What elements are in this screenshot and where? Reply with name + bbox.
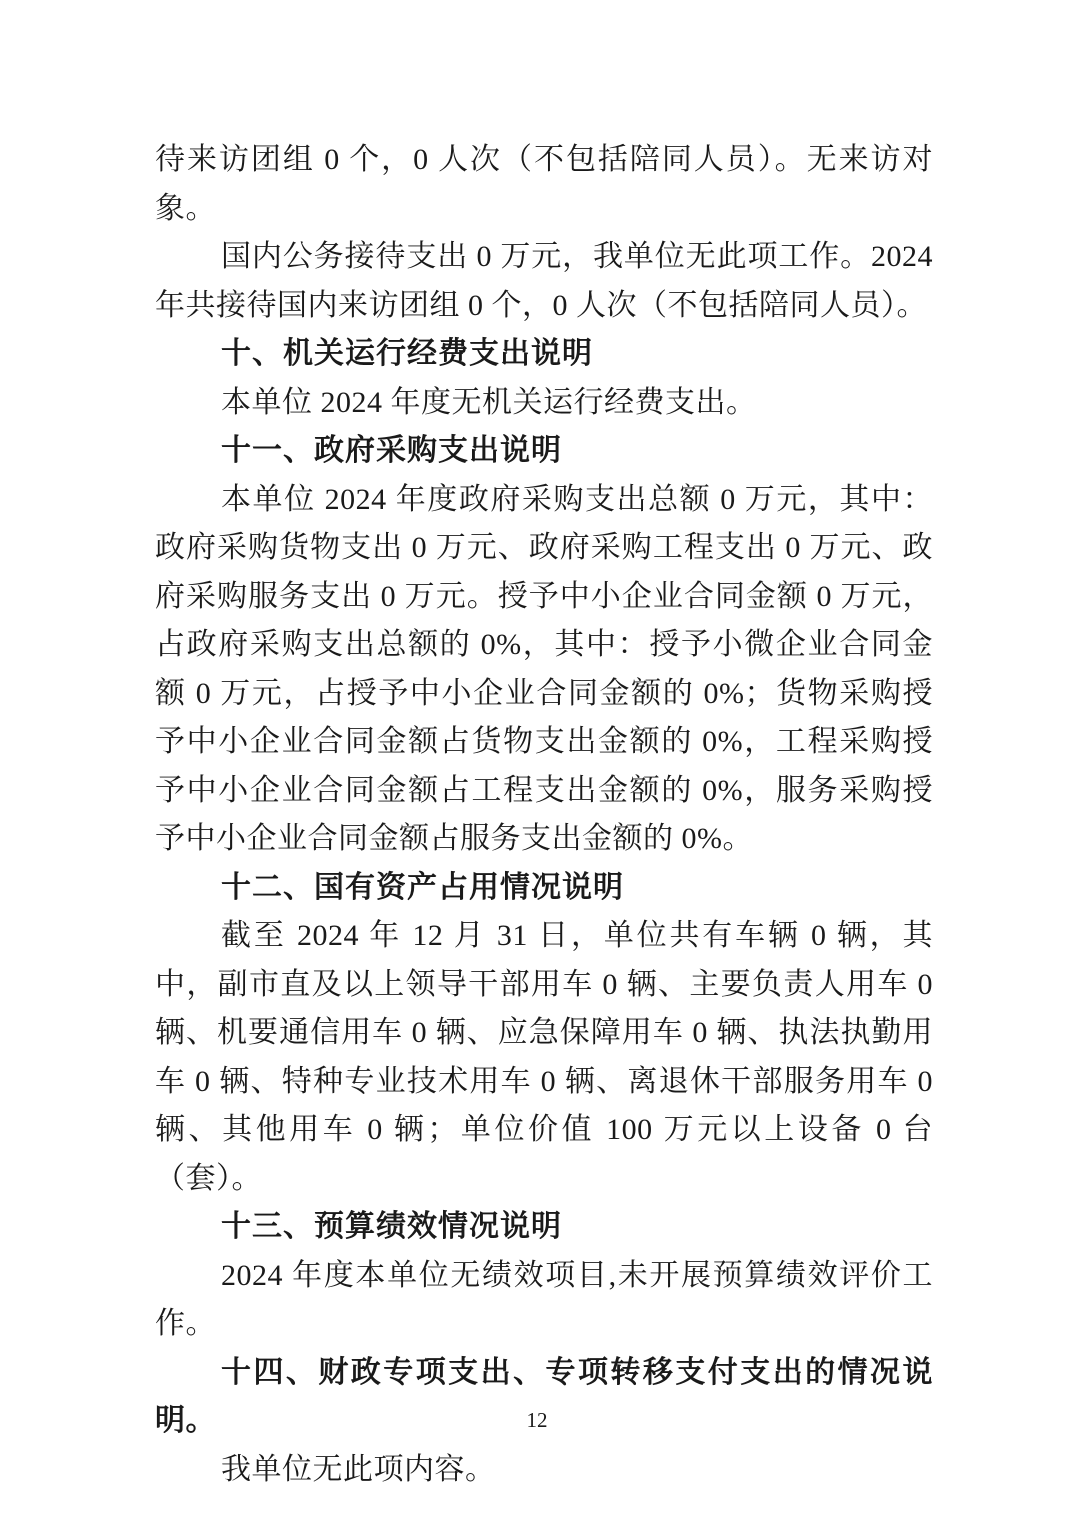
section-heading-12: 十二、国有资产占用情况说明 — [155, 864, 933, 913]
page-number: 12 — [527, 1408, 548, 1432]
paragraph-section-12-body: 截至 2024 年 12 月 31 日，单位共有车辆 0 辆，其中，副市直及以上… — [155, 912, 933, 1203]
paragraph-continuation: 待来访团组 0 个，0 人次（不包括陪同人员）。无来访对象。 — [155, 136, 933, 233]
document-page: 待来访团组 0 个，0 人次（不包括陪同人员）。无来访对象。 国内公务接待支出 … — [0, 0, 1074, 1520]
document-body: 待来访团组 0 个，0 人次（不包括陪同人员）。无来访对象。 国内公务接待支出 … — [155, 136, 933, 1494]
section-heading-11: 十一、政府采购支出说明 — [155, 427, 933, 476]
paragraph-domestic-reception: 国内公务接待支出 0 万元，我单位无此项工作。2024 年共接待国内来访团组 0… — [155, 233, 933, 330]
section-heading-13: 十三、预算绩效情况说明 — [155, 1203, 933, 1252]
section-heading-10: 十、机关运行经费支出说明 — [155, 330, 933, 379]
page-footer: 12 — [0, 1406, 1074, 1434]
paragraph-section-11-body: 本单位 2024 年度政府采购支出总额 0 万元，其中：政府采购货物支出 0 万… — [155, 476, 933, 864]
paragraph-section-13-body: 2024 年度本单位无绩效项目,未开展预算绩效评价工作。 — [155, 1252, 933, 1349]
paragraph-section-10-body: 本单位 2024 年度无机关运行经费支出。 — [155, 379, 933, 428]
paragraph-section-14-body: 我单位无此项内容。 — [155, 1446, 933, 1495]
